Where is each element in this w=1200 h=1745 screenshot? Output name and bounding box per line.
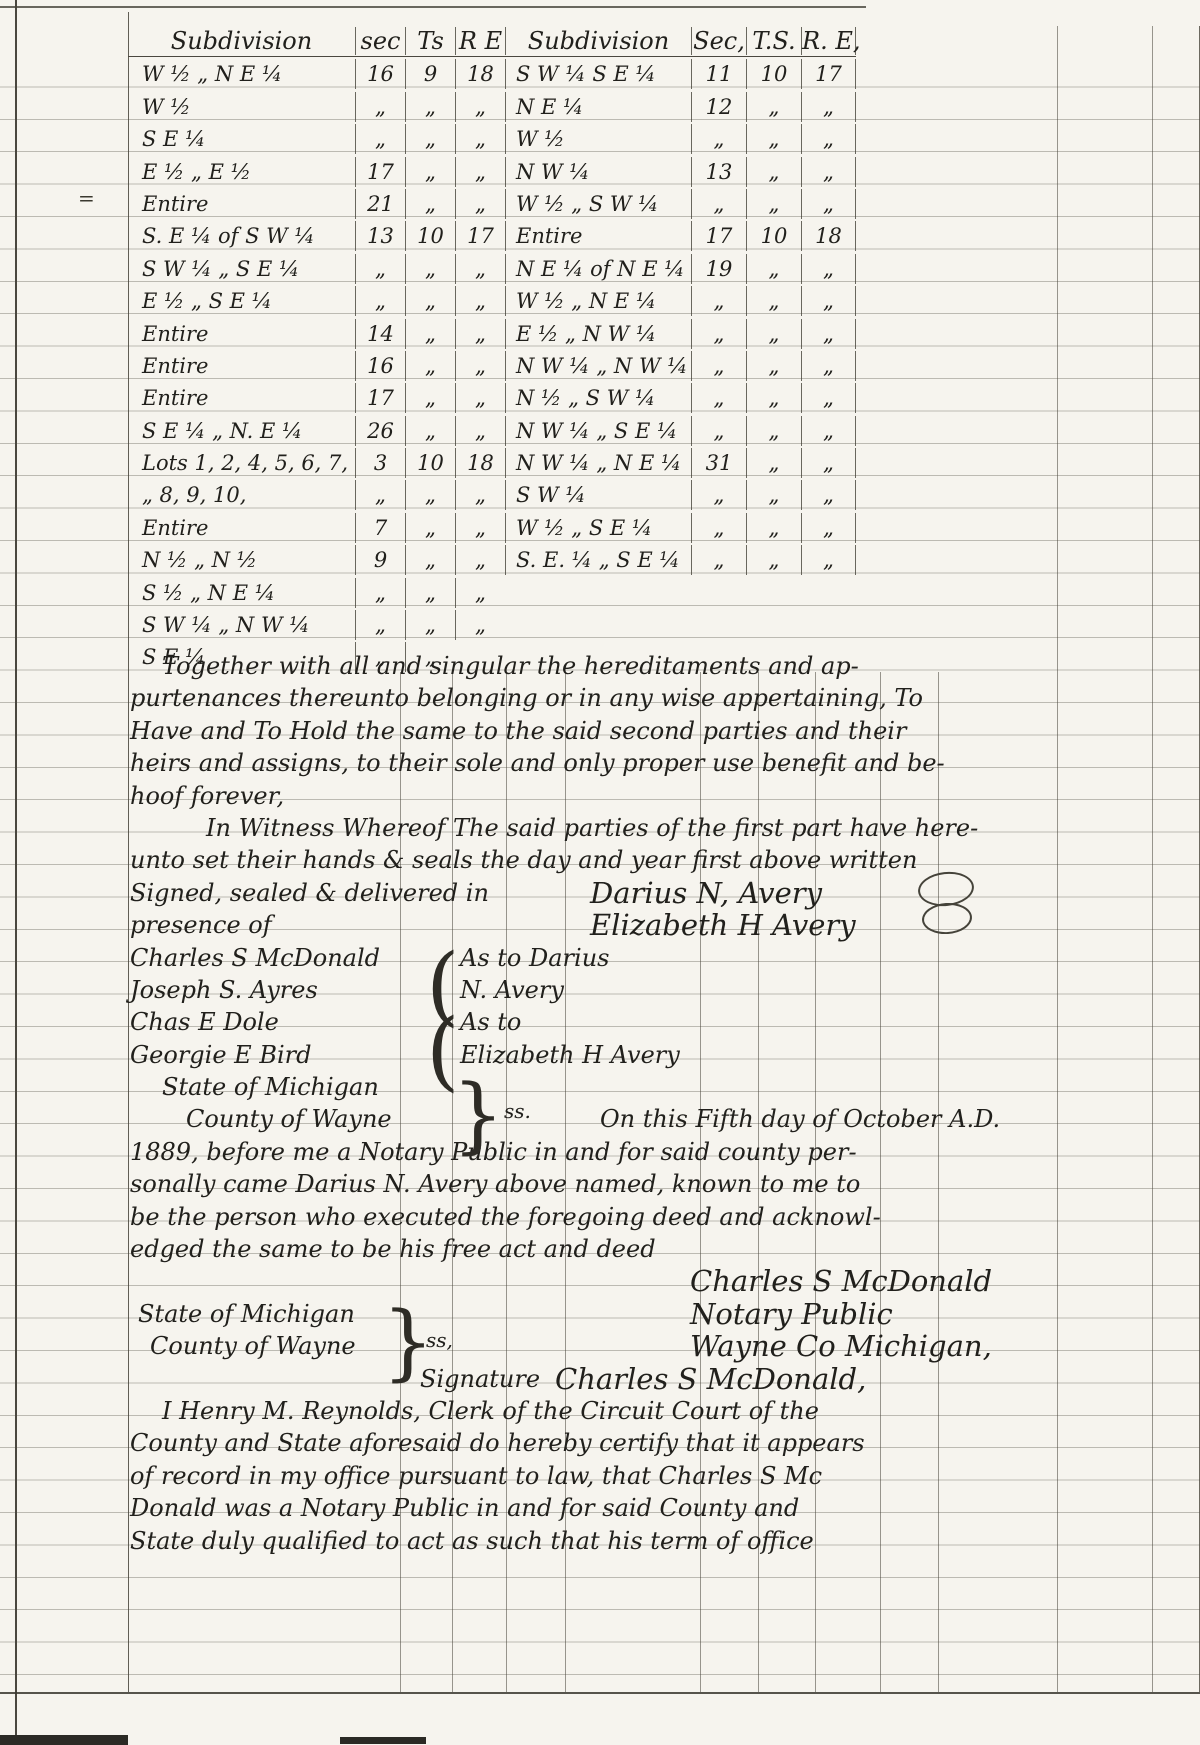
table-cell: S E ¼ „ N. E ¼ bbox=[128, 416, 355, 446]
margin-mark: = bbox=[78, 186, 95, 210]
page-edge-line bbox=[15, 0, 17, 1745]
table-cell: „ bbox=[455, 513, 505, 543]
table-cell: 14 bbox=[355, 319, 405, 349]
table-cell: N E ¼ of N E ¼ bbox=[505, 254, 691, 284]
table-cell: 16 bbox=[355, 351, 405, 381]
table-cell: E ½ „ S E ¼ bbox=[128, 286, 355, 316]
table-cell: 9 bbox=[405, 59, 455, 89]
vertical-rule bbox=[1152, 26, 1153, 1692]
table-cell: 9 bbox=[355, 545, 405, 575]
header-cell-re-right: R. E, bbox=[801, 27, 856, 55]
table-cell: „ bbox=[801, 286, 856, 316]
header-cell-sec-left: sec bbox=[355, 27, 405, 55]
table-cell: W ½ „ S E ¼ bbox=[505, 513, 691, 543]
signature-row: Signature Charles S McDonald, bbox=[130, 1363, 1080, 1395]
table-row: Entire17„„N ½ „ S W ¼„„„ bbox=[128, 381, 856, 413]
table-cell: „ bbox=[746, 124, 801, 154]
table-cell: S W ¼ bbox=[505, 480, 691, 510]
grantor-signature: Elizabeth H Avery bbox=[590, 909, 856, 941]
cert-venue-row: State of Michigan Notary Public bbox=[130, 1298, 1080, 1330]
grantor-signature: Darius N, Avery bbox=[590, 877, 822, 909]
table-cell: W ½ „ N E ¼ bbox=[505, 286, 691, 316]
table-cell: N W ¼ „ N E ¼ bbox=[505, 448, 691, 478]
table-cell: Entire bbox=[505, 221, 691, 251]
table-cell: „ bbox=[405, 92, 455, 122]
table-cell: „ bbox=[801, 189, 856, 219]
table-row: E ½ „ S E ¼„„„W ½ „ N E ¼„„„ bbox=[128, 284, 856, 316]
table-cell: N ½ „ N ½ bbox=[128, 545, 355, 575]
table-cell: 16 bbox=[355, 59, 405, 89]
table-cell: „ bbox=[746, 545, 801, 575]
presence-of-label: presence of bbox=[130, 911, 272, 939]
venue-county-row: County of Wayne ss. On this Fifth day of… bbox=[130, 1103, 1080, 1135]
table-cell: 31 bbox=[691, 448, 746, 478]
table-cell: „ bbox=[455, 319, 505, 349]
habendum-line: Have and To Hold the same to the said se… bbox=[130, 715, 1080, 747]
signed-sealed-label: Signed, sealed & delivered in bbox=[130, 879, 489, 907]
table-cell: „ bbox=[801, 124, 856, 154]
table-cell: „ bbox=[455, 286, 505, 316]
table-cell: „ bbox=[405, 286, 455, 316]
header-cell-ts-left: Ts bbox=[405, 27, 455, 55]
table-cell: „ bbox=[455, 416, 505, 446]
table-row: S ½ „ N E ¼„„„ bbox=[128, 575, 856, 607]
venue-county: County of Wayne bbox=[186, 1103, 392, 1135]
habendum-line: purtenances thereunto belonging or in an… bbox=[130, 682, 1080, 714]
witness-name: Georgie E Bird bbox=[130, 1041, 311, 1069]
table-cell: „ bbox=[355, 286, 405, 316]
table-cell: 10 bbox=[746, 221, 801, 251]
witness-note: N. Avery bbox=[460, 974, 564, 1006]
header-cell-subdivision-right: Subdivision bbox=[505, 27, 691, 55]
table-cell: „ bbox=[355, 124, 405, 154]
table-cell: „ bbox=[746, 480, 801, 510]
certificate-line: County and State aforesaid do hereby cer… bbox=[130, 1427, 1080, 1459]
witness-name: Charles S McDonald bbox=[130, 944, 380, 972]
table-row: S E ¼„„„W ½„„„ bbox=[128, 122, 856, 154]
table-cell: „ bbox=[746, 92, 801, 122]
witness-row: Chas E Dole As to bbox=[130, 1006, 1080, 1038]
scan-smudge bbox=[340, 1737, 426, 1744]
table-cell: „ bbox=[691, 416, 746, 446]
table-cell: W ½ bbox=[128, 92, 355, 122]
notary-title: Notary Public bbox=[690, 1298, 893, 1330]
table-row: W ½„„„N E ¼12„„ bbox=[128, 89, 856, 121]
table-cell: „ bbox=[455, 480, 505, 510]
table-cell: W ½ „ S W ¼ bbox=[505, 189, 691, 219]
table-row: „ 8, 9, 10,„„„S W ¼„„„ bbox=[128, 478, 856, 510]
table-cell: „ bbox=[355, 578, 405, 608]
table-cell: „ bbox=[455, 189, 505, 219]
table-cell: „ bbox=[405, 351, 455, 381]
table-cell: „ bbox=[801, 383, 856, 413]
table-cell: N W ¼ „ N W ¼ bbox=[505, 351, 691, 381]
table-row: W ½ „ N E ¼16918S W ¼ S E ¼111017 bbox=[128, 57, 856, 89]
table-cell: „ bbox=[405, 610, 455, 640]
witness-name: Chas E Dole bbox=[130, 1008, 279, 1036]
table-cell: „ bbox=[455, 351, 505, 381]
table-cell: „ bbox=[691, 124, 746, 154]
table-cell: W ½ „ N E ¼ bbox=[128, 59, 355, 89]
table-cell: „ bbox=[691, 319, 746, 349]
table-cell: S W ¼ „ N W ¼ bbox=[128, 610, 355, 640]
table-row: Entire21„„W ½ „ S W ¼„„„ bbox=[128, 187, 856, 219]
table-row: S W ¼ „ N W ¼„„„ bbox=[128, 608, 856, 640]
table-cell: N W ¼ bbox=[505, 157, 691, 187]
table-cell: „ bbox=[691, 351, 746, 381]
table-cell: N W ¼ „ S E ¼ bbox=[505, 416, 691, 446]
acknowledgment-line: 1889, before me a Notary Public in and f… bbox=[130, 1136, 1080, 1168]
table-cell: 17 bbox=[355, 383, 405, 413]
subdivision-table: Subdivision sec Ts R E Subdivision Sec, … bbox=[128, 12, 856, 672]
scan-smudge bbox=[0, 1735, 128, 1745]
certificate-line: Donald was a Notary Public in and for sa… bbox=[130, 1492, 1080, 1524]
table-header: Subdivision sec Ts R E Subdivision Sec, … bbox=[128, 12, 856, 57]
bottom-rule-line bbox=[0, 1692, 1200, 1694]
table-cell: Entire bbox=[128, 351, 355, 381]
table-cell: S W ¼ S E ¼ bbox=[505, 59, 691, 89]
table-cell: „ bbox=[405, 124, 455, 154]
table-cell: „ bbox=[355, 254, 405, 284]
table-row: N ½ „ N ½9„„S. E. ¼ „ S E ¼„„„ bbox=[128, 543, 856, 575]
notary-place: Wayne Co Michigan, bbox=[690, 1330, 992, 1362]
table-cell: „ bbox=[405, 545, 455, 575]
table-cell: „ bbox=[746, 513, 801, 543]
table-cell: „ bbox=[355, 92, 405, 122]
table-cell: „ bbox=[405, 578, 455, 608]
witness-note: As to bbox=[460, 1006, 521, 1038]
table-row: Entire16„„N W ¼ „ N W ¼„„„ bbox=[128, 349, 856, 381]
witness-name: Joseph S. Ayres bbox=[130, 976, 318, 1004]
table-cell: 17 bbox=[801, 59, 856, 89]
table-cell: „ bbox=[405, 189, 455, 219]
table-cell: „ bbox=[801, 448, 856, 478]
cert-venue-row: County of Wayne ss, Wayne Co Michigan, bbox=[130, 1330, 1080, 1362]
table-cell: 18 bbox=[455, 59, 505, 89]
table-cell: N E ¼ bbox=[505, 92, 691, 122]
table-cell: „ bbox=[455, 157, 505, 187]
table-cell: 10 bbox=[405, 221, 455, 251]
table-cell: „ bbox=[355, 610, 405, 640]
table-rows: W ½ „ N E ¼16918S W ¼ S E ¼111017W ½„„„N… bbox=[128, 57, 856, 672]
table-cell: Entire bbox=[128, 189, 355, 219]
table-cell: 7 bbox=[355, 513, 405, 543]
acknowledgment-line: be the person who executed the foregoing… bbox=[130, 1201, 1080, 1233]
acknowledgment-line: On this Fifth day of October A.D. bbox=[600, 1103, 1000, 1135]
table-cell: „ bbox=[746, 416, 801, 446]
table-cell: „ bbox=[801, 254, 856, 284]
witness-note: Elizabeth H Avery bbox=[460, 1039, 680, 1071]
header-cell-subdivision-left: Subdivision bbox=[128, 27, 355, 55]
table-cell: S. E. ¼ „ S E ¼ bbox=[505, 545, 691, 575]
table-cell: „ bbox=[455, 383, 505, 413]
table-row: E ½ „ E ½17„„N W ¼13„„ bbox=[128, 154, 856, 186]
table-cell: „ bbox=[801, 92, 856, 122]
table-cell: Entire bbox=[128, 383, 355, 413]
table-row: S. E ¼ of S W ¼131017Entire171018 bbox=[128, 219, 856, 251]
cert-venue-county: County of Wayne bbox=[150, 1330, 356, 1362]
table-cell: 13 bbox=[355, 221, 405, 251]
table-cell: „ bbox=[355, 480, 405, 510]
table-row: S E ¼ „ N. E ¼26„„N W ¼ „ S E ¼„„„ bbox=[128, 413, 856, 445]
acknowledgment-line: sonally came Darius N. Avery above named… bbox=[130, 1168, 1080, 1200]
header-cell-ts-right: T.S. bbox=[746, 27, 801, 55]
top-rule-line bbox=[0, 6, 866, 8]
table-cell: 17 bbox=[691, 221, 746, 251]
table-cell: „ bbox=[405, 416, 455, 446]
table-cell: „ bbox=[801, 480, 856, 510]
table-cell: „ bbox=[691, 513, 746, 543]
table-cell: „ bbox=[405, 383, 455, 413]
certificate-line: of record in my office pursuant to law, … bbox=[130, 1460, 1080, 1492]
notary-signature-row: Charles S McDonald bbox=[130, 1265, 1080, 1297]
table-cell: S. E ¼ of S W ¼ bbox=[128, 221, 355, 251]
table-row: S W ¼ „ S E ¼„„„N E ¼ of N E ¼19„„ bbox=[128, 251, 856, 283]
signature-label: Signature bbox=[420, 1363, 540, 1395]
table-cell: „ bbox=[801, 157, 856, 187]
table-cell: „ bbox=[801, 319, 856, 349]
venue-ss: ss. bbox=[504, 1095, 531, 1127]
table-cell: „ bbox=[691, 189, 746, 219]
table-cell: „ bbox=[405, 513, 455, 543]
table-cell: 10 bbox=[746, 59, 801, 89]
table-cell: „ bbox=[455, 545, 505, 575]
table-cell: 13 bbox=[691, 157, 746, 187]
table-cell: 11 bbox=[691, 59, 746, 89]
table-cell: 18 bbox=[801, 221, 856, 251]
witness-clause-line: In Witness Whereof The said parties of t… bbox=[130, 812, 1080, 844]
table-row: Lots 1, 2, 4, 5, 6, 7,31018N W ¼ „ N E ¼… bbox=[128, 446, 856, 478]
table-cell: E ½ „ E ½ bbox=[128, 157, 355, 187]
table-cell: 21 bbox=[355, 189, 405, 219]
table-cell: Entire bbox=[128, 513, 355, 543]
table-cell: Entire bbox=[128, 319, 355, 349]
table-cell: 19 bbox=[691, 254, 746, 284]
table-cell: 17 bbox=[355, 157, 405, 187]
notary-signature: Charles S McDonald bbox=[690, 1265, 992, 1297]
table-cell: „ bbox=[746, 286, 801, 316]
table-cell: „ bbox=[746, 189, 801, 219]
table-cell: 10 bbox=[405, 448, 455, 478]
habendum-line: heirs and assigns, to their sole and onl… bbox=[130, 747, 1080, 779]
table-cell: E ½ „ N W ¼ bbox=[505, 319, 691, 349]
table-row: Entire7„„W ½ „ S E ¼„„„ bbox=[128, 510, 856, 542]
witness-note: As to Darius bbox=[460, 942, 609, 974]
table-cell: „ bbox=[455, 124, 505, 154]
cert-venue-ss: ss, bbox=[426, 1324, 453, 1356]
certificate-line: I Henry M. Reynolds, Clerk of the Circui… bbox=[130, 1395, 1080, 1427]
cert-venue-state: State of Michigan bbox=[138, 1298, 355, 1330]
table-cell: „ bbox=[455, 610, 505, 640]
table-cell: „ bbox=[405, 254, 455, 284]
table-cell: „ bbox=[801, 513, 856, 543]
table-cell: „ bbox=[405, 319, 455, 349]
habendum-line: Together with all and singular the hered… bbox=[130, 650, 1080, 682]
witness-row: Georgie E Bird Elizabeth H Avery bbox=[130, 1039, 1080, 1071]
header-cell-sec-right: Sec, bbox=[691, 27, 746, 55]
table-cell: 3 bbox=[355, 448, 405, 478]
deed-text: Together with all and singular the hered… bbox=[130, 650, 1080, 1557]
venue-state: State of Michigan bbox=[130, 1071, 1080, 1103]
table-row: Entire14„„E ½ „ N W ¼„„„ bbox=[128, 316, 856, 348]
table-cell: Lots 1, 2, 4, 5, 6, 7, bbox=[128, 448, 355, 478]
clerk-signature-name: Charles S McDonald, bbox=[555, 1363, 866, 1395]
acknowledgment-line: edged the same to be his free act and de… bbox=[130, 1233, 1080, 1265]
table-cell: S E ¼ bbox=[128, 124, 355, 154]
table-cell: 26 bbox=[355, 416, 405, 446]
table-cell: „ bbox=[801, 351, 856, 381]
table-cell: „ bbox=[455, 92, 505, 122]
certificate-line: State duly qualified to act as such that… bbox=[130, 1525, 1080, 1557]
table-cell: 12 bbox=[691, 92, 746, 122]
witness-row: Charles S McDonald As to Darius bbox=[130, 942, 1080, 974]
table-cell: „ 8, 9, 10, bbox=[128, 480, 355, 510]
table-cell: „ bbox=[405, 157, 455, 187]
table-cell: W ½ bbox=[505, 124, 691, 154]
table-cell: „ bbox=[746, 254, 801, 284]
witness-row: Joseph S. Ayres N. Avery bbox=[130, 974, 1080, 1006]
table-cell: „ bbox=[455, 254, 505, 284]
table-cell: „ bbox=[746, 157, 801, 187]
table-cell: N ½ „ S W ¼ bbox=[505, 383, 691, 413]
table-cell: „ bbox=[405, 480, 455, 510]
table-cell: S ½ „ N E ¼ bbox=[128, 578, 355, 608]
table-cell: „ bbox=[746, 448, 801, 478]
table-cell: „ bbox=[691, 286, 746, 316]
table-cell: „ bbox=[691, 383, 746, 413]
table-cell: „ bbox=[801, 545, 856, 575]
header-cell-re-left: R E bbox=[455, 27, 505, 55]
table-cell: „ bbox=[746, 383, 801, 413]
table-cell: „ bbox=[746, 319, 801, 349]
table-cell: „ bbox=[746, 351, 801, 381]
table-cell: S W ¼ „ S E ¼ bbox=[128, 254, 355, 284]
table-cell: „ bbox=[455, 578, 505, 608]
table-cell: „ bbox=[691, 480, 746, 510]
table-cell: „ bbox=[691, 545, 746, 575]
ledger-page: = Subdivision sec Ts R E Subdivision Sec… bbox=[0, 0, 1200, 1745]
table-cell: 18 bbox=[455, 448, 505, 478]
habendum-line: hoof forever, bbox=[130, 780, 1080, 812]
table-cell: „ bbox=[801, 416, 856, 446]
witness-clause-line: unto set their hands & seals the day and… bbox=[130, 844, 1080, 876]
table-cell: 17 bbox=[455, 221, 505, 251]
